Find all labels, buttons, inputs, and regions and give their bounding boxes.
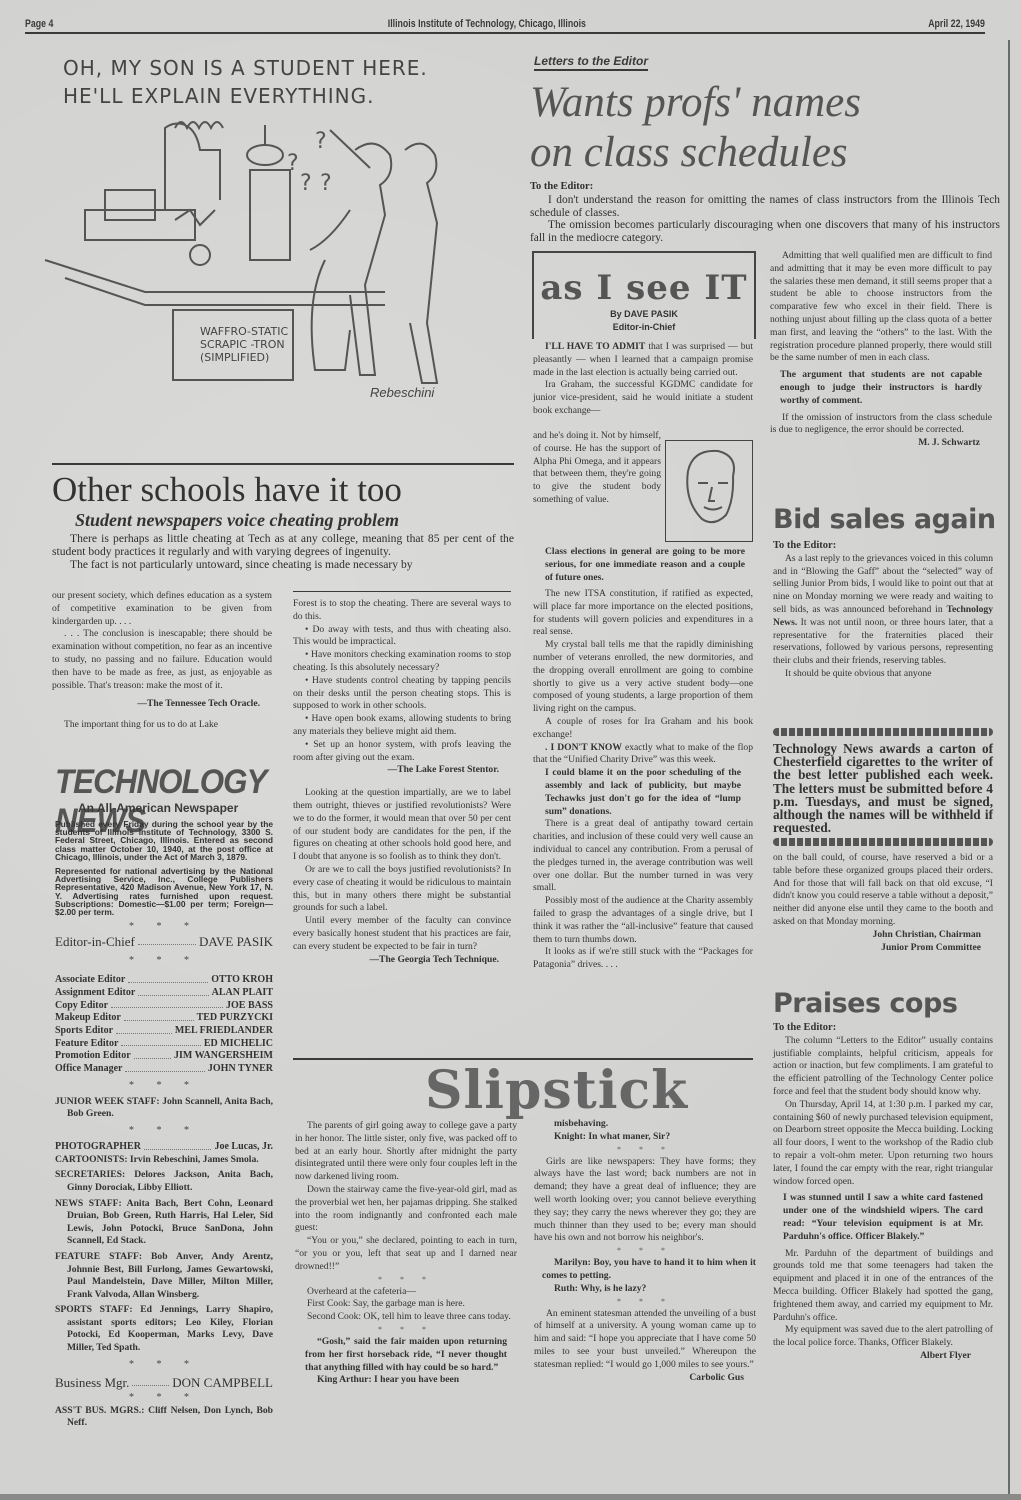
column-signature: Carbolic Gus: [534, 1372, 756, 1385]
staff-role: Associate Editor: [55, 974, 125, 987]
staff-row: Associate EditorOTTO KROH: [55, 974, 273, 987]
staff-role: Office Manager: [55, 1063, 122, 1076]
paragraph: It should be quite obvious that anyone: [773, 668, 993, 681]
separator-stars: * * *: [55, 1124, 273, 1138]
paragraph: The new ITSA constitution, if ratified a…: [533, 588, 753, 639]
paragraph: There is perhaps as little cheating at T…: [52, 532, 514, 558]
caption-line: HE'LL EXPLAIN EVERYTHING.: [63, 82, 515, 110]
separator-stars: * * *: [55, 1391, 273, 1405]
staff-group: SECRETARIES: Delores Jackson, Anita Bach…: [55, 1169, 273, 1194]
paragraph: The fact is not particularly untoward, s…: [52, 558, 514, 571]
page-number: Page 4: [25, 18, 53, 30]
paragraph: Overheard at the cafeteria—: [295, 1286, 517, 1299]
section-kicker: Letters to the Editor: [534, 54, 648, 71]
staff-row: Assignment EditorALAN PLAIT: [55, 987, 273, 1000]
separator-stars: * * *: [55, 1358, 273, 1372]
letter-signature: Albert Flyer: [773, 1350, 993, 1363]
headline-line: Wants profs' names: [530, 78, 1010, 128]
article-headline: Other schools have it too: [52, 470, 402, 510]
page-edge: [1008, 40, 1010, 1500]
editorial-cartoon: OH, MY SON IS A STUDENT HERE. HE'LL EXPL…: [25, 50, 515, 460]
publish-note: Published every Friday during the school…: [55, 820, 273, 861]
staff-name: DON CAMPBELL: [172, 1375, 273, 1391]
staff-group: NEWS STAFF: Anita Bach, Bert Cohn, Leona…: [55, 1198, 273, 1248]
paragraph: It looks as if we're still stuck with th…: [533, 946, 753, 972]
author-portrait: [665, 440, 753, 542]
portrait-sketch-icon: [666, 441, 752, 541]
staff-row: Business Mgr.DON CAMPBELL: [55, 1375, 273, 1391]
staff-name: JIM WANGERSHEIM: [174, 1050, 273, 1063]
machine-label-line: SCRAPIC -TRON: [200, 338, 320, 351]
paragraph: The column “Letters to the Editor” usual…: [773, 1035, 993, 1099]
paragraph: Or are we to call the boys justified rev…: [293, 864, 511, 915]
separator: * * *: [534, 1245, 756, 1257]
staff-role: Feature Editor: [55, 1038, 118, 1051]
staff-role: Assignment Editor: [55, 987, 135, 1000]
machine-label-line: WAFFRO-STATIC: [200, 325, 320, 338]
staff-group: FEATURE STAFF: Bob Anver, Andy Arentz, J…: [55, 1251, 273, 1301]
svg-text:?: ?: [315, 129, 327, 154]
article-intro: There is perhaps as little cheating at T…: [52, 532, 514, 571]
paragraph: The important thing for us to do at Lake: [52, 719, 272, 732]
masthead-subtitle: An All-American Newspaper: [78, 801, 238, 815]
column-pullquote-1: Class elections in general are going to …: [545, 546, 745, 584]
staff-role: Makeup Editor: [55, 1012, 121, 1025]
letter-bid-sales-cont: on the ball could, of course, have reser…: [773, 852, 993, 954]
column-logo: as I see IT: [534, 268, 754, 308]
decorative-rule: [773, 838, 993, 846]
staff-role: PHOTOGRAPHER: [55, 1141, 141, 1154]
headline-line: on class schedules: [530, 128, 1010, 178]
paragraph: Second Cook: OK, tell him to leave three…: [295, 1311, 517, 1324]
cartoonist-signature: Rebeschini: [370, 385, 434, 400]
staff-row: PHOTOGRAPHERJoe Lucas, Jr.: [55, 1141, 273, 1154]
paragraph: “You or you,” she declared, pointing to …: [295, 1235, 517, 1273]
section-divider: [52, 463, 514, 465]
staff-role: Business Mgr.: [55, 1375, 129, 1391]
paragraph: Admitting that well qualified men are di…: [770, 250, 992, 365]
letter-signature: Junior Prom Committee: [773, 942, 993, 955]
paragraph: There is a great deal of antipathy towar…: [533, 818, 753, 895]
paragraph: The omission becomes particularly discou…: [530, 219, 1000, 245]
paragraph: On Thursday, April 14, at 1:30 p.m. I pa…: [773, 1099, 993, 1189]
slipstick-column-1: The parents of girl going away to colleg…: [295, 1120, 517, 1387]
letter-bid-sales: To the Editor: As a last reply to the gr…: [773, 540, 993, 681]
paragraph: A couple of roses for Ira Graham and his…: [533, 716, 753, 742]
lead-caps: . I DON'T KNOW: [545, 742, 622, 753]
staff-group: ASS'T BUS. MGRS.: Cliff Nelsen, Don Lync…: [55, 1405, 273, 1430]
staff-group: CARTOONISTS: Irvin Rebeschini, James Smo…: [55, 1154, 273, 1167]
bullet-item: • Have students control cheating by tapp…: [293, 675, 511, 713]
separator: * * *: [534, 1296, 756, 1308]
staff-row: Editor-in-ChiefDAVE PASIK: [55, 934, 273, 950]
masthead-block: Published every Friday during the school…: [55, 820, 273, 1433]
separator-stars: * * *: [55, 1079, 273, 1093]
bullet-item: • Do away with tests, and thus with chea…: [293, 624, 511, 650]
source-credit: —The Georgia Tech Technique.: [293, 954, 511, 967]
staff-role: Editor-in-Chief: [55, 934, 135, 950]
paragraph: First Cook: Say, the garbage man is here…: [295, 1298, 517, 1311]
column-logo-box: as I see IT By DAVE PASIK Editor-in-Chie…: [532, 251, 756, 339]
letter-headline: Wants profs' names on class schedules: [530, 78, 1010, 178]
paragraph: An eminent statesman attended the unveil…: [534, 1308, 756, 1372]
cartoon-drawing-icon: ????: [25, 110, 515, 450]
caption-line: OH, MY SON IS A STUDENT HERE.: [63, 54, 515, 82]
paragraph: Girls are like newspapers: They have for…: [534, 1156, 756, 1246]
staff-name: Joe Lucas, Jr.: [214, 1141, 273, 1154]
column-continued: The new ITSA constitution, if ratified a…: [533, 588, 753, 972]
svg-text:?: ?: [320, 171, 332, 196]
staff-name: ED MICHELIC: [204, 1038, 273, 1051]
newspaper-page: Page 4 Illinois Institute of Technology,…: [0, 0, 1021, 1500]
paragraph: My crystal ball tells me that the rapidl…: [533, 639, 753, 716]
paragraph: Marilyn: Boy, you have to hand it to him…: [534, 1257, 756, 1283]
staff-row: Feature EditorED MICHELIC: [55, 1038, 273, 1051]
publication-line: Illinois Institute of Technology, Chicag…: [388, 18, 586, 30]
staff-row: Copy EditorJOE BASS: [55, 1000, 273, 1013]
staff-row: Office ManagerJOHN TYNER: [55, 1063, 273, 1076]
staff-name: DAVE PASIK: [199, 934, 273, 950]
letter-praises-cops: To the Editor: The column “Letters to th…: [773, 1022, 993, 1363]
decorative-rule: [773, 728, 993, 736]
paragraph: misbehaving.: [534, 1118, 756, 1131]
separator-stars: * * *: [55, 920, 273, 934]
staff-name: ALAN PLAIT: [212, 987, 273, 1000]
column-divider: [293, 591, 511, 592]
paragraph: “Gosh,” said the fair maiden upon return…: [295, 1336, 517, 1374]
advertising-note: Represented for national advertising by …: [55, 867, 273, 916]
page-folio: Page 4 Illinois Institute of Technology,…: [25, 8, 985, 34]
pullquote: I could blame it on the poor scheduling …: [533, 767, 753, 818]
lead-caps: I'LL HAVE TO ADMIT: [545, 341, 645, 352]
article-column-1: our present society, which defines educa…: [52, 590, 272, 732]
paragraph: My equipment was saved due to the alert …: [773, 1324, 993, 1350]
byline: By DAVE PASIK: [534, 308, 754, 321]
staff-row: Sports EditorMEL FRIEDLANDER: [55, 1025, 273, 1038]
paragraph: Until every member of the faculty can co…: [293, 915, 511, 953]
staff-name: TED PURZYCKI: [197, 1012, 273, 1025]
paragraph: Knight: In what maner, Sir?: [534, 1131, 756, 1144]
staff-name: JOE BASS: [226, 1000, 273, 1013]
paragraph: Looking at the question impartially, are…: [293, 787, 511, 864]
staff-group: SPORTS STAFF: Ed Jennings, Larry Shapiro…: [55, 1304, 273, 1354]
source-credit: —The Tennessee Tech Oracle.: [52, 698, 272, 711]
staff-name: OTTO KROH: [211, 974, 273, 987]
paragraph: our present society, which defines educa…: [52, 590, 272, 628]
paragraph: Possibly most of the audience at the Cha…: [533, 895, 753, 946]
promo-text: Technology News awards a carton of Chest…: [773, 742, 993, 834]
salutation: To the Editor:: [773, 1022, 993, 1035]
separator: * * *: [534, 1144, 756, 1156]
staff-role: Copy Editor: [55, 1000, 108, 1013]
slipstick-column-2: misbehaving. Knight: In what maner, Sir?…: [534, 1118, 756, 1384]
paragraph: Ruth: Why, is he lazy?: [534, 1283, 756, 1296]
machine-label-line: (SIMPLIFIED): [200, 351, 320, 364]
bullet-item: • Set up an honor system, with profs lea…: [293, 739, 511, 765]
letter-signature: M. J. Schwartz: [770, 437, 992, 450]
paragraph: on the ball could, of course, have reser…: [773, 852, 993, 929]
salutation: To the Editor:: [530, 181, 1000, 194]
staff-name: JOHN TYNER: [208, 1063, 273, 1076]
staff-name: MEL FRIEDLANDER: [175, 1025, 273, 1038]
column-headline: Slipstick: [425, 1060, 688, 1121]
article-column-2: Forest is to stop the cheating. There ar…: [293, 598, 511, 966]
staff-role: Promotion Editor: [55, 1050, 131, 1063]
paragraph: Mr. Parduhn of the department of buildin…: [773, 1248, 993, 1325]
separator-stars: * * *: [55, 954, 273, 968]
machine-label: WAFFRO-STATIC SCRAPIC -TRON (SIMPLIFIED): [200, 325, 320, 364]
separator: * * *: [295, 1274, 517, 1286]
source-credit: —The Lake Forest Stentor.: [293, 764, 511, 777]
text: It was not until noon, or three hours la…: [773, 617, 993, 666]
bullet-item: • Have open book exams, allowing student…: [293, 713, 511, 739]
staff-role: Sports Editor: [55, 1025, 113, 1038]
letter-headline: Praises cops: [773, 988, 957, 1019]
svg-text:?: ?: [287, 151, 299, 176]
paragraph: Ira Graham, the successful KGDMC candida…: [533, 379, 753, 417]
promo-box: Technology News awards a carton of Chest…: [773, 728, 993, 846]
column-wrap-text: and he's doing it. Not by himself, of co…: [533, 430, 661, 507]
cartoon-caption: OH, MY SON IS A STUDENT HERE. HE'LL EXPL…: [63, 54, 515, 110]
paragraph: Down the stairway came the five-year-old…: [295, 1184, 517, 1235]
pullquote: Class elections in general are going to …: [545, 546, 745, 584]
paragraph: I don't understand the reason for omitti…: [530, 194, 1000, 220]
staff-group: JUNIOR WEEK STAFF: John Scannell, Anita …: [55, 1096, 273, 1121]
pullquote: I was stunned until I saw a white card f…: [773, 1188, 993, 1247]
letter-intro: To the Editor: I don't understand the re…: [530, 181, 1000, 245]
staff-row: Promotion EditorJIM WANGERSHEIM: [55, 1050, 273, 1063]
svg-text:?: ?: [300, 171, 312, 196]
paragraph: The parents of girl going away to colleg…: [295, 1120, 517, 1184]
pullquote: The argument that students are not capab…: [770, 365, 992, 411]
issue-date: April 22, 1949: [928, 18, 985, 30]
paragraph: King Arthur: I hear you have been: [295, 1374, 517, 1387]
byline-role: Editor-in-Chief: [534, 321, 754, 334]
column-as-i-see-it: I'LL HAVE TO ADMIT that I was surprised …: [533, 341, 753, 418]
letter-right-column: Admitting that well qualified men are di…: [770, 250, 992, 450]
letter-signature: John Christian, Chairman: [773, 929, 993, 942]
letter-headline: Bid sales again: [773, 504, 996, 535]
bullet-item: • Have monitors checking examination roo…: [293, 649, 511, 675]
paragraph: If the omission of instructors from the …: [770, 412, 992, 438]
salutation: To the Editor:: [773, 540, 993, 553]
paragraph: . . . The conclusion is inescapable; the…: [52, 628, 272, 692]
paragraph: Forest is to stop the cheating. There ar…: [293, 598, 511, 624]
paragraph: and he's doing it. Not by himself, of co…: [533, 430, 661, 507]
separator: * * *: [295, 1324, 517, 1336]
article-subhead: Student newspapers voice cheating proble…: [75, 510, 399, 531]
staff-row: Makeup EditorTED PURZYCKI: [55, 1012, 273, 1025]
page-edge: [0, 1494, 1021, 1500]
